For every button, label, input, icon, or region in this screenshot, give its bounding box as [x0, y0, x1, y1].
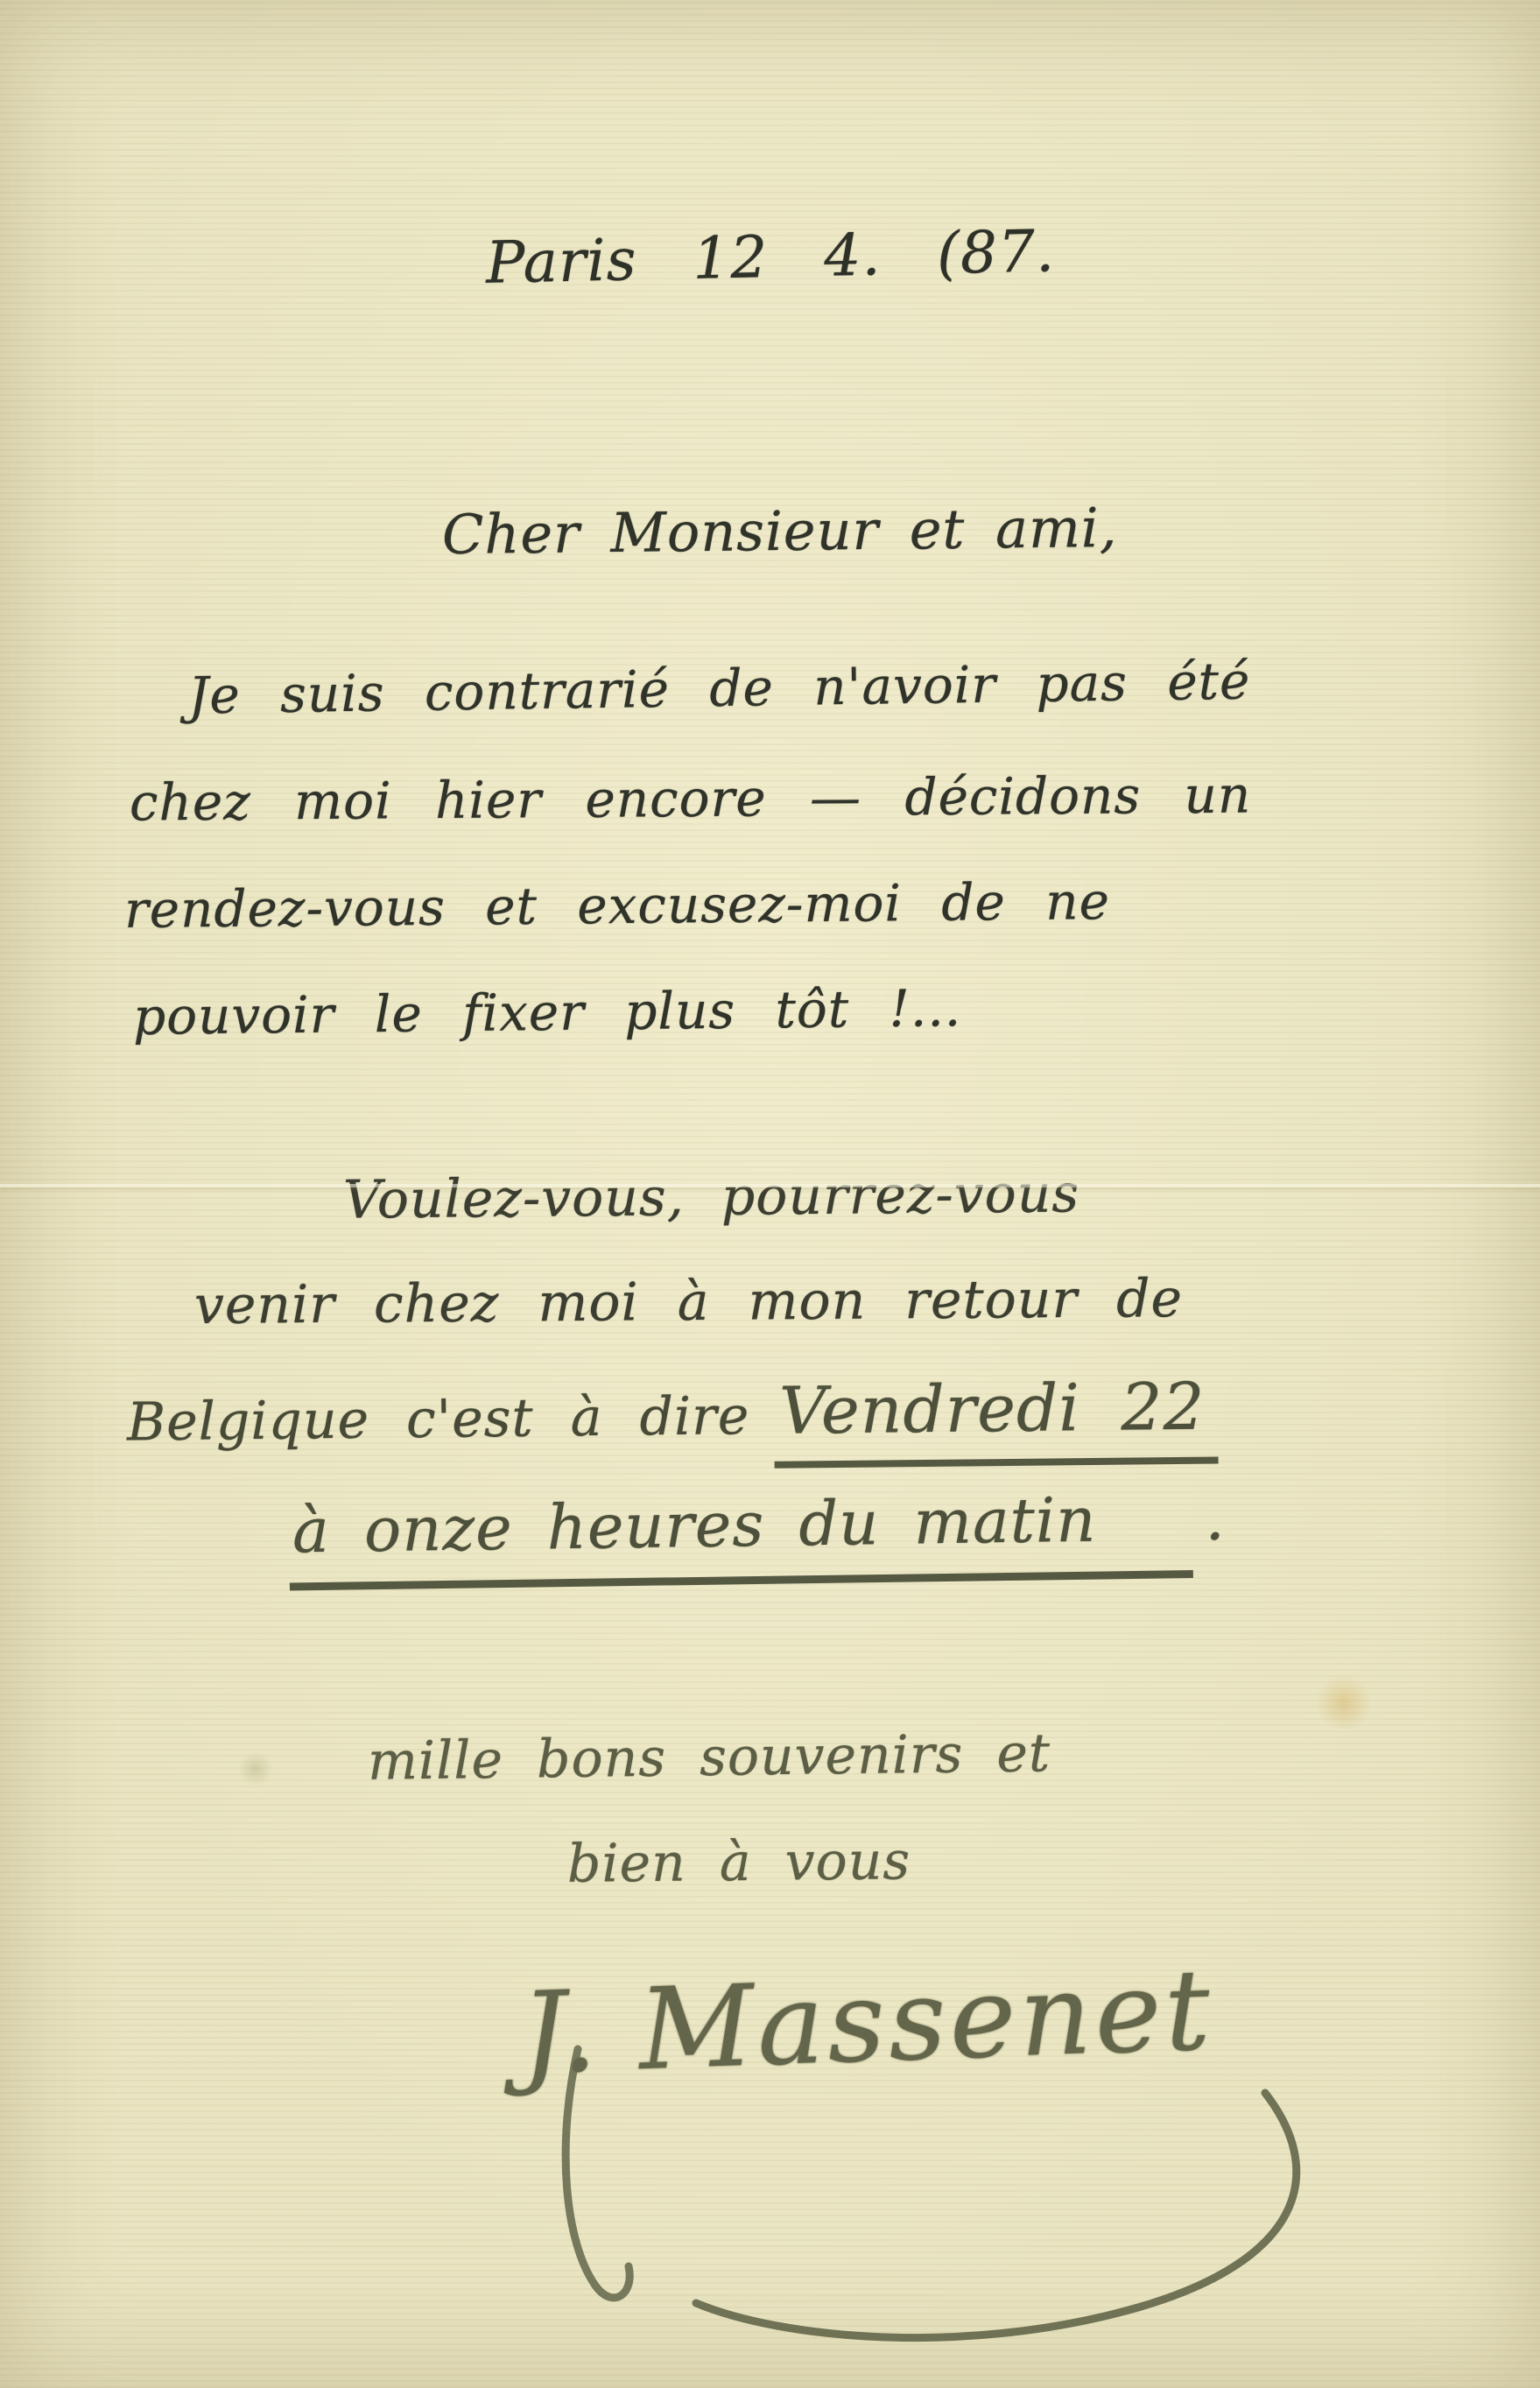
letter-page: Paris 12 4. (87. Cher Monsieur et ami, J… [0, 0, 1540, 2388]
signature-flourish [473, 2014, 1348, 2364]
emphasis-vendredi-22: Vendredi 22 [774, 1369, 1218, 1468]
body-paragraph1-line3: rendez-vous et excusez-moi de ne [124, 871, 1110, 940]
dateline: Paris 12 4. (87. [485, 217, 1055, 297]
emphasis-onze-heures: à onze heures du matin [288, 1483, 1193, 1590]
salutation: Cher Monsieur et ami, [442, 496, 1118, 567]
body-paragraph1-line1: Je suis contrarié de n'avoir pas été [188, 652, 1251, 726]
paper-stain [238, 1751, 273, 1786]
body-paragraph2-line3-text: Belgique c'est à dire [127, 1385, 750, 1453]
emphasis-period: . [1205, 1483, 1226, 1554]
paper-fold-crease [0, 1184, 1540, 1187]
body-paragraph2-line4: à onze heures du matin. [288, 1483, 1226, 1567]
body-paragraph1-line4: pouvoir le fixer plus tôt !... [133, 978, 962, 1046]
body-paragraph2-line1: Voulez-vous, pourrez-vous [343, 1163, 1080, 1230]
paper-stain [1313, 1677, 1375, 1729]
body-paragraph2-line2: venir chez moi à mon retour de [194, 1268, 1183, 1336]
body-paragraph1-line2: chez moi hier encore — décidons un [130, 765, 1252, 833]
body-paragraph2-line3: Belgique c'est à direVendredi 22 [127, 1369, 1218, 1455]
closing-line2: bien à vous [567, 1830, 911, 1894]
closing-line1: mille bons souvenirs et [368, 1722, 1051, 1793]
